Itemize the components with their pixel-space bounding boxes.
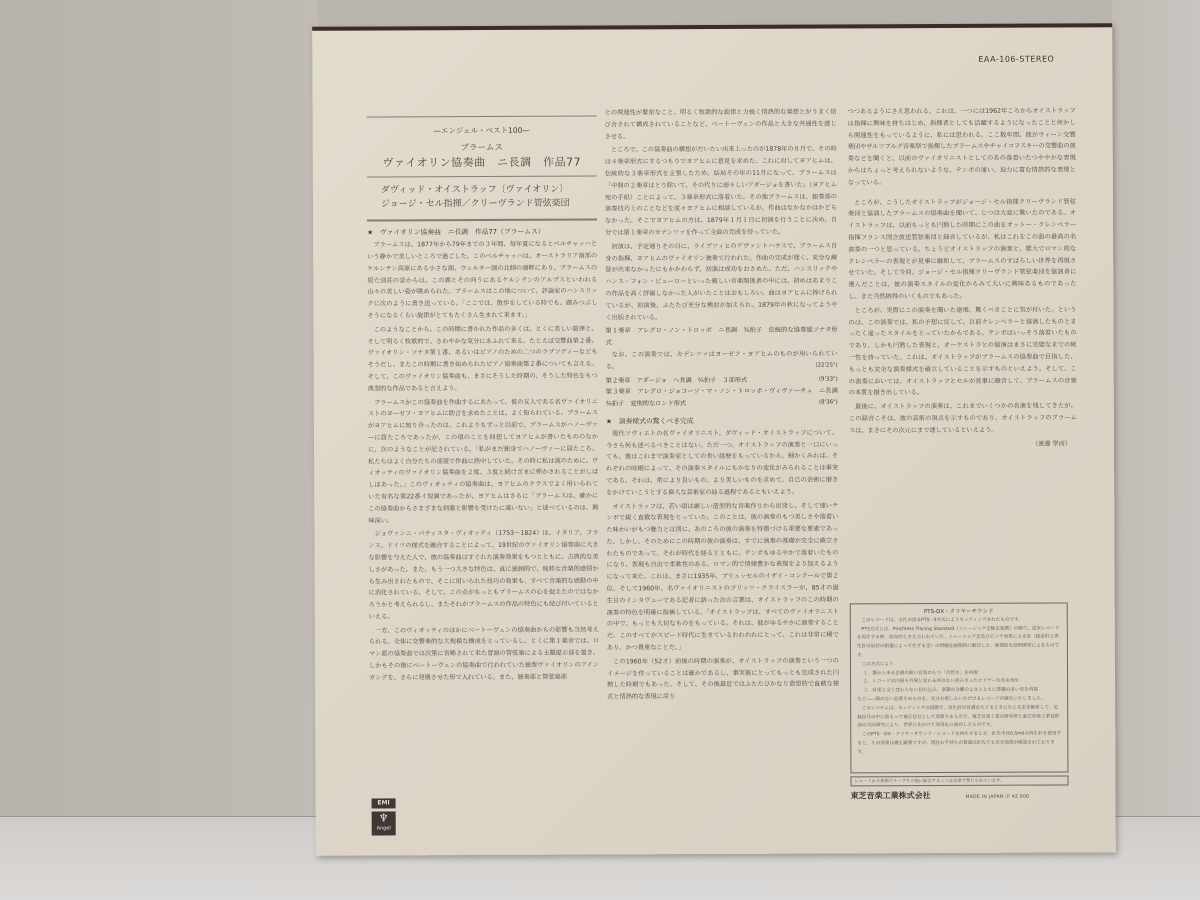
- backdrop-wall: [0, 0, 318, 818]
- series-label: —エンジェル・ベスト100—: [367, 125, 597, 138]
- paragraph: ところが、こうしたオイストラッフがジョージ・セル指揮クリーヴランド管弦楽団と協演…: [848, 196, 1076, 303]
- made-in-price: MADE IN JAPAN ⓟ ¥2,000: [966, 794, 1030, 800]
- catalog-number: EAA-106-STEREO: [978, 55, 1054, 64]
- movement-3: 第３楽章 アレグロ・ジョコーソ・マ・ノン・トロッポ・ヴィヴァーチェ ニ長調 ²⁄…: [606, 386, 838, 411]
- paragraph: ところが、実際にこの演奏を聞いた途端、驚くべきことに気が付いた。というのは、この…: [848, 304, 1076, 399]
- performers: ダヴィッド・オイストラッフ〔ヴァイオリン〕 ジョージ・セル指揮／クリーヴランド管…: [367, 183, 597, 212]
- movement-time: (22'25"): [809, 360, 838, 372]
- paragraph: オイストラッフは、若い頃は厳しい造型的な音楽作りから出発し、そして速いテンポで鋭…: [606, 500, 839, 654]
- paragraph: つつあるようにさえ思われる。これは、一つには1962年ころからオイストラッフは指…: [848, 105, 1076, 189]
- pts-paragraph: PTS方式とは、Pinchless Tracing Standard（トレーシン…: [857, 625, 1061, 661]
- angel-icon: ♆: [372, 811, 396, 825]
- movement-note: なお、この演奏では、カデンツァはヨーゼフ・ヨアヒムのものが用いられている。(22…: [606, 348, 838, 373]
- soloist: ダヴィッド・オイストラッフ〔ヴァイオリン〕: [381, 183, 597, 198]
- angel-label: Angel: [377, 825, 391, 831]
- liner-notes-column-3: つつあるようにさえ思われる。これは、一つには1962年ころからオイストラッフは指…: [848, 105, 1078, 450]
- paragraph: この1960年（52才）前後の時期の演奏が、オイストラッフの演奏という一つのイメ…: [607, 655, 839, 703]
- movement-2: 第２楽章 アダージョ ヘ長調 ²⁄₄拍子 ３部形式(9'33"): [606, 374, 838, 387]
- paragraph: との関連性が緊密なこと、明るく牧歌的な旋律と力強く情熱的な楽想とがうまく結び合さ…: [605, 106, 837, 142]
- paragraph: ところで、この協奏曲の構想がだいたい出来上ったのが1878年の８月で、その時は４…: [605, 144, 837, 239]
- liner-notes-column-2: との関連性が緊密なこと、明るく牧歌的な旋律と力強く情熱的な楽想とがうまく結び合さ…: [605, 106, 840, 705]
- paragraph: 現代ソヴィエトの名ヴァイオリニスト、ダヴィッド・オイストラッフについて、今さら何…: [606, 427, 838, 499]
- work-title: ヴァイオリン協奏曲 ニ長調 作品77: [367, 156, 597, 169]
- movement-time: (9'33"): [819, 374, 838, 386]
- divider: [367, 116, 597, 118]
- composer-name: ブラームス: [367, 142, 597, 155]
- divider: [367, 219, 597, 222]
- angel-logo: ♆ Angel: [372, 811, 396, 835]
- movement-time: (8'36"): [819, 398, 838, 410]
- emi-logo: EMI: [372, 798, 396, 808]
- copyright-notice: レコードから無断でテープその他に録音することは法律で禁じられています。: [850, 775, 1068, 786]
- section-heading: ★ 演奏様式の驚くべき完成: [606, 415, 838, 428]
- movement-1: 第１楽章 アレグロ・ノン・トロッポ ニ長調 ¾拍子 伝統的な協奏風ソナタ形式: [606, 325, 838, 350]
- pts-dx-info-box: PTS-DX・クリヤーサウンド このレコードは、当社の誇るPTS－Ⅱ方式によりカ…: [850, 602, 1069, 773]
- liner-notes-column-1: —エンジェル・ベスト100— ブラームス ヴァイオリン協奏曲 ニ長調 作品77 …: [367, 108, 600, 687]
- paragraph: ブラームスは、1877年から79年までの３年間、毎年夏になるとペルチャッハという…: [367, 239, 597, 323]
- section-heading: ★ ヴァイオリン協奏曲 ニ長調 作品77（ブラームス）: [367, 227, 597, 240]
- pts-paragraph: このシステムは、カッティングの段階で、再生針が音溝をたどるときに生じる歪を解析し…: [857, 704, 1061, 731]
- paragraph: 最後に、オイストラッフの演奏は、これまでいくつかの名演を残してきたが、この録音こ…: [849, 401, 1077, 437]
- title-block: —エンジェル・ベスト100— ブラームス ヴァイオリン協奏曲 ニ長調 作品77: [367, 125, 597, 169]
- manufacturer-name: 東芝音楽工業株式会社: [851, 790, 931, 801]
- paragraph: 初演は、予定通りその日に、ライプツィヒのゲヴァントハウスで、ブラームス自身の指揮…: [605, 240, 837, 324]
- paragraph: 一方、このヴィオッティのほかにベートーヴェンの協奏曲からの影響も当然考えられる。…: [369, 624, 599, 684]
- conductor-orchestra: ジョージ・セル指揮／クリーヴランド管弦楽団: [381, 197, 597, 212]
- author-signature: （渡邊 學而）: [849, 438, 1077, 451]
- divider: [367, 176, 597, 178]
- paragraph: ブラームスがこの協奏曲を作曲するにあたって、彼の友人である名ヴァイオリニストのヨ…: [368, 396, 599, 527]
- paragraph: ジョヴァンニ・バティスタ・ヴィオッティ（1753〜1824）は、イタリア、フラン…: [368, 528, 598, 623]
- record-jacket-back: EAA-106-STEREO —エンジェル・ベスト100— ブラームス ヴァイオ…: [312, 23, 1116, 855]
- paragraph: このようなことから、この時期に書かれた作品の多くは、とくに美しい旋律と、そして明…: [367, 323, 597, 395]
- pts-paragraph: このPTS－DX・クリヤーサウンド・レコードを再生するとき、針先半径0.5mil…: [857, 731, 1061, 758]
- backdrop-wall-right: [1112, 0, 1200, 818]
